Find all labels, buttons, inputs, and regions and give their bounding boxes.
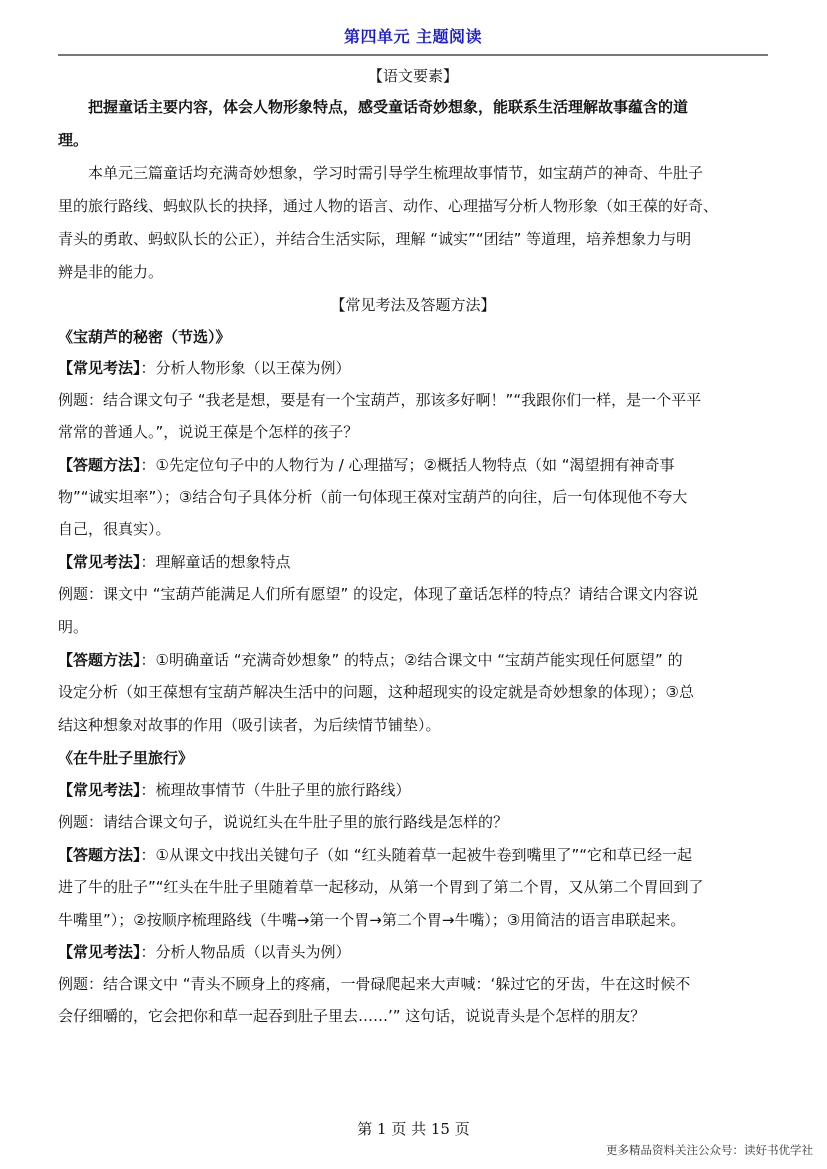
lesson-title: 《在牛肚子里旅行》 bbox=[58, 748, 768, 768]
page-title: 第四单元 主题阅读 bbox=[58, 24, 768, 47]
example-line: 常常的普通人。”，说说王葆是个怎样的孩子？ bbox=[58, 422, 768, 442]
method-line: 【答题方法】：①从课文中找出关键句子（如 “红头随着草一起被牛卷到嘴里了”“它和… bbox=[58, 845, 768, 865]
exam-label: 【常见考法】 bbox=[58, 943, 141, 961]
method-line: 自己，很真实）。 bbox=[58, 519, 768, 539]
page-indicator: 第 1 页 共 15 页 bbox=[0, 1118, 827, 1139]
lesson-title: 《宝葫芦的秘密（节选）》 bbox=[58, 327, 768, 347]
exam-point: 【常见考法】：分析人物品质（以青头为例） bbox=[58, 942, 768, 962]
intro-line-4: 辨是非的能力。 bbox=[58, 262, 768, 282]
intro-line-1: 本单元三篇童话均充满奇妙想象，学习时需引导学生梳理故事情节，如宝葫芦的神奇、牛肚… bbox=[58, 163, 768, 183]
key-point-line-1: 把握童话主要内容，体会人物形象特点，感受童话奇妙想象，能联系生活理解故事蕴含的道 bbox=[58, 97, 768, 117]
intro-line-2: 里的旅行路线、蚂蚁队长的抉择，通过人物的语言、动作、心理描写分析人物形象（如王葆… bbox=[58, 196, 768, 216]
method-line: 设定分析（如王葆想有宝葫芦解决生活中的问题，这种超现实的设定就是奇妙想象的体现）… bbox=[58, 682, 768, 702]
exam-text: ：梳理故事情节（牛肚子里的旅行路线） bbox=[141, 781, 411, 799]
method-line: 牛嘴里”）；②按顺序梳理路线（牛嘴→第一个胃→第二个胃→牛嘴）；③用简洁的语言串… bbox=[58, 910, 768, 930]
exam-point: 【常见考法】：理解童话的想象特点 bbox=[58, 552, 768, 572]
exam-point: 【常见考法】：梳理故事情节（牛肚子里的旅行路线） bbox=[58, 780, 768, 800]
example-line: 例题：请结合课文句子，说说红头在牛肚子里的旅行路线是怎样的？ bbox=[58, 812, 768, 832]
method-line: 结这种想象对故事的作用（吸引读者，为后续情节铺垫）。 bbox=[58, 715, 768, 735]
key-point-line-2: 理。 bbox=[58, 130, 768, 150]
example-line: 明。 bbox=[58, 617, 768, 637]
exam-label: 【常见考法】 bbox=[58, 553, 141, 571]
method-line: 【答题方法】：①先定位句子中的人物行为 / 心理描写；②概括人物特点（如 “渴望… bbox=[58, 455, 768, 475]
exam-text: ：分析人物形象（以王葆为例） bbox=[141, 359, 351, 377]
method-text: ：①先定位句子中的人物行为 / 心理描写；②概括人物特点（如 “渴望拥有神奇事 bbox=[141, 456, 675, 474]
method-text: ：①从课文中找出关键句子（如 “红头随着草一起被牛卷到嘴里了”“它和草已经一起 bbox=[141, 846, 693, 864]
method-label: 【答题方法】 bbox=[58, 846, 141, 864]
intro-line-3: 青头的勇敢、蚂蚁队长的公正），并结合生活实际，理解 “诚实”“团结” 等道理，培… bbox=[58, 229, 768, 249]
example-line: 会仔细嚼的，它会把你和草一起吞到肚子里去……’” 这句话，说说青头是个怎样的朋友… bbox=[58, 1006, 768, 1026]
method-line: 【答题方法】：①明确童话 “充满奇妙想象” 的特点；②结合课文中 “宝葫芦能实现… bbox=[58, 650, 768, 670]
method-label: 【答题方法】 bbox=[58, 456, 141, 474]
method-label: 【答题方法】 bbox=[58, 651, 141, 669]
method-line: 物”“诚实坦率”）；③结合句子具体分析（前一句体现王葆对宝葫芦的向往，后一句体现… bbox=[58, 487, 768, 507]
example-line: 例题：课文中 “宝葫芦能满足人们所有愿望” 的设定，体现了童话怎样的特点？请结合… bbox=[58, 584, 768, 604]
exam-text: ：理解童话的想象特点 bbox=[141, 553, 291, 571]
example-line: 例题：结合课文句子 “我老是想，要是有一个宝葫芦，那该多好啊！”“我跟你们一样，… bbox=[58, 390, 768, 410]
exam-point: 【常见考法】：分析人物形象（以王葆为例） bbox=[58, 358, 768, 378]
method-line: 进了牛的肚子”“红头在牛肚子里随着草一起移动，从第一个胃到了第二个胃，又从第二个… bbox=[58, 877, 768, 897]
section-heading-methods: 【常见考法及答题方法】 bbox=[58, 295, 768, 315]
section-heading-elements: 【语文要素】 bbox=[58, 66, 768, 86]
example-line: 例题：结合课文中 “青头不顾身上的疼痛，一骨碌爬起来大声喊：‘躲过它的牙齿，牛在… bbox=[58, 974, 768, 994]
header-divider bbox=[58, 54, 768, 56]
exam-label: 【常见考法】 bbox=[58, 781, 141, 799]
method-text: ：①明确童话 “充满奇妙想象” 的特点；②结合课文中 “宝葫芦能实现任何愿望” … bbox=[141, 651, 683, 669]
exam-label: 【常见考法】 bbox=[58, 359, 141, 377]
exam-text: ：分析人物品质（以青头为例） bbox=[141, 943, 351, 961]
footer-note: 更多精品资料关注公众号：读好书优学社 bbox=[606, 1142, 813, 1158]
